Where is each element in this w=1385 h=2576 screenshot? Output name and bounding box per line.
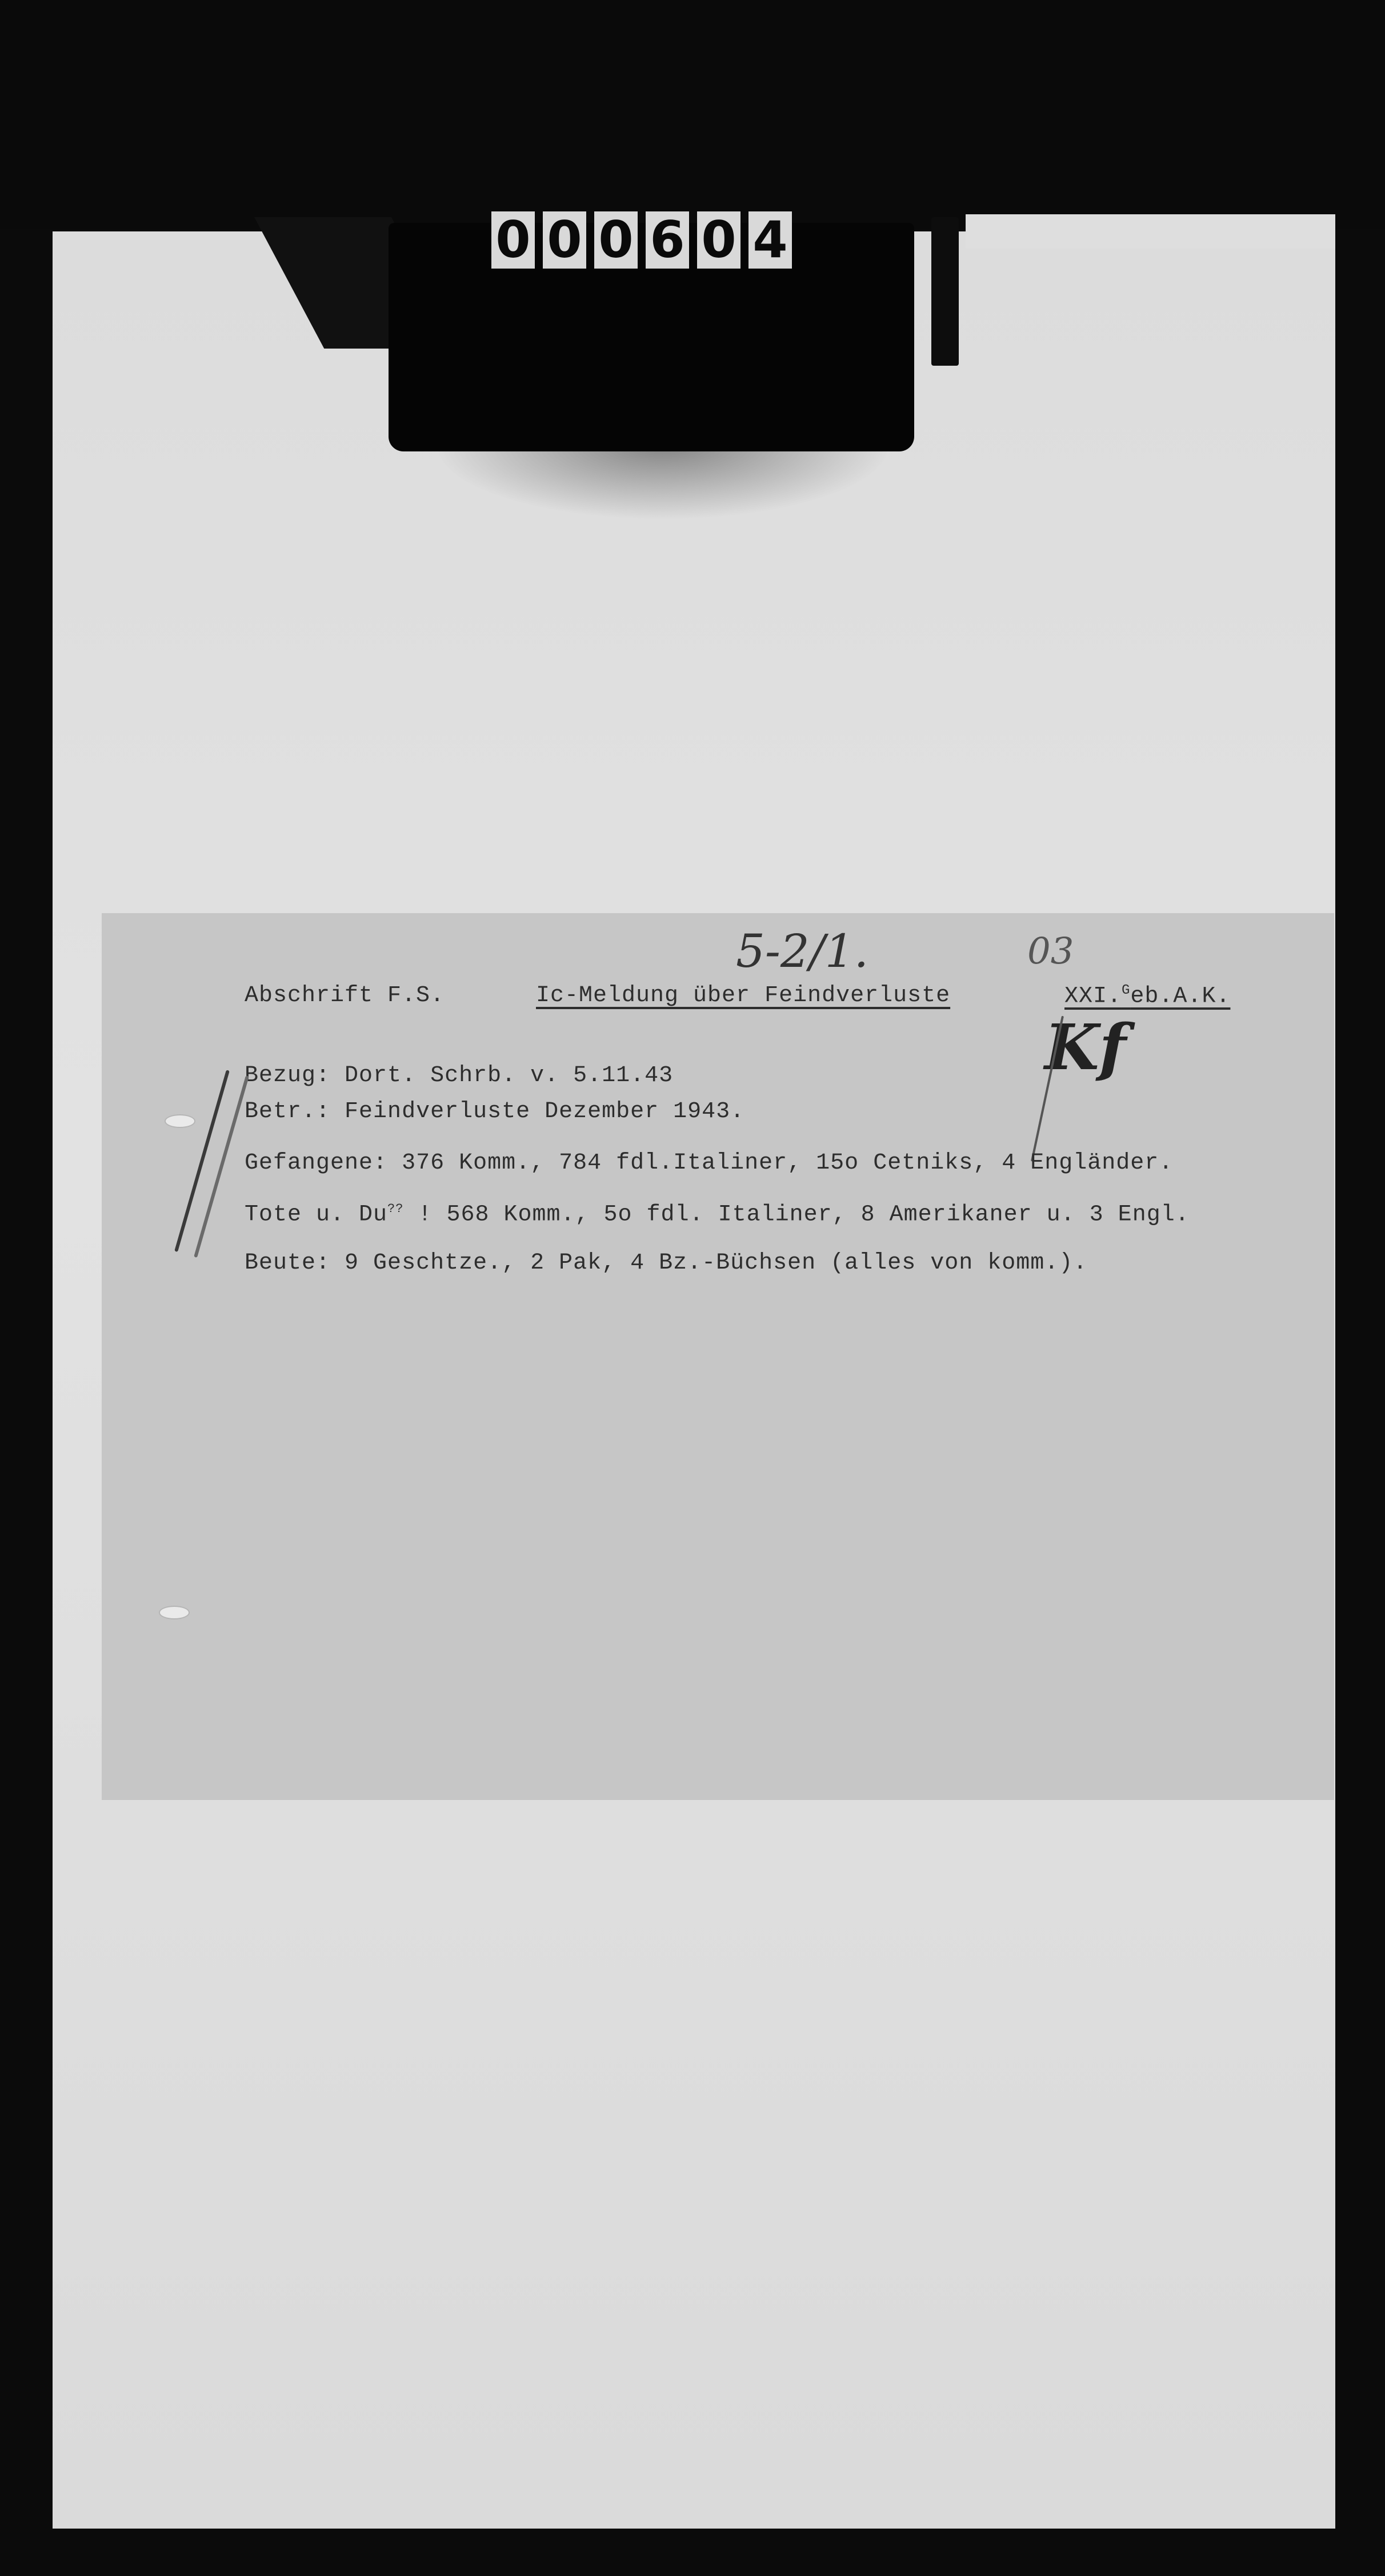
header-left: Abschrift F.S. [245,983,445,1009]
frame-counter-display: 0 0 0 6 0 4 [491,211,792,269]
counter-digit: 6 [646,211,689,269]
header-right: XXI.Geb.A.K. [1064,983,1230,1009]
counter-digit: 4 [748,211,792,269]
film-border-top [0,0,1385,229]
punch-hole [159,1606,190,1619]
line-bezug: Bezug: Dort. Schrb. v. 5.11.43 [245,1063,673,1089]
document-title: Ic-Meldung über Feindverluste [536,983,950,1009]
document-card: 5-2/1. 03 Abschrift F.S. Ic-Meldung über… [102,913,1334,1800]
paper-sheet-top-edge [966,214,1335,249]
counter-digit: 0 [543,211,586,269]
counter-digit: 0 [594,211,638,269]
counter-digit: 0 [697,211,740,269]
handwritten-number: 03 [1027,930,1074,973]
punch-hole [165,1114,195,1128]
line-gefangene: Gefangene: 376 Komm., 784 fdl.Italiner, … [245,1150,1173,1176]
counter-digit: 0 [491,211,535,269]
line-beute: Beute: 9 Geschtze., 2 Pak, 4 Bz.-Büchsen… [245,1250,1087,1276]
counter-knob [931,217,959,366]
line-tote: Tote u. Du?? ! 568 Komm., 5o fdl. Italin… [245,1202,1190,1227]
line-betreff: Betr.: Feindverluste Dezember 1943. [245,1099,744,1125]
handwritten-reference: 5-2/1. [736,925,868,978]
